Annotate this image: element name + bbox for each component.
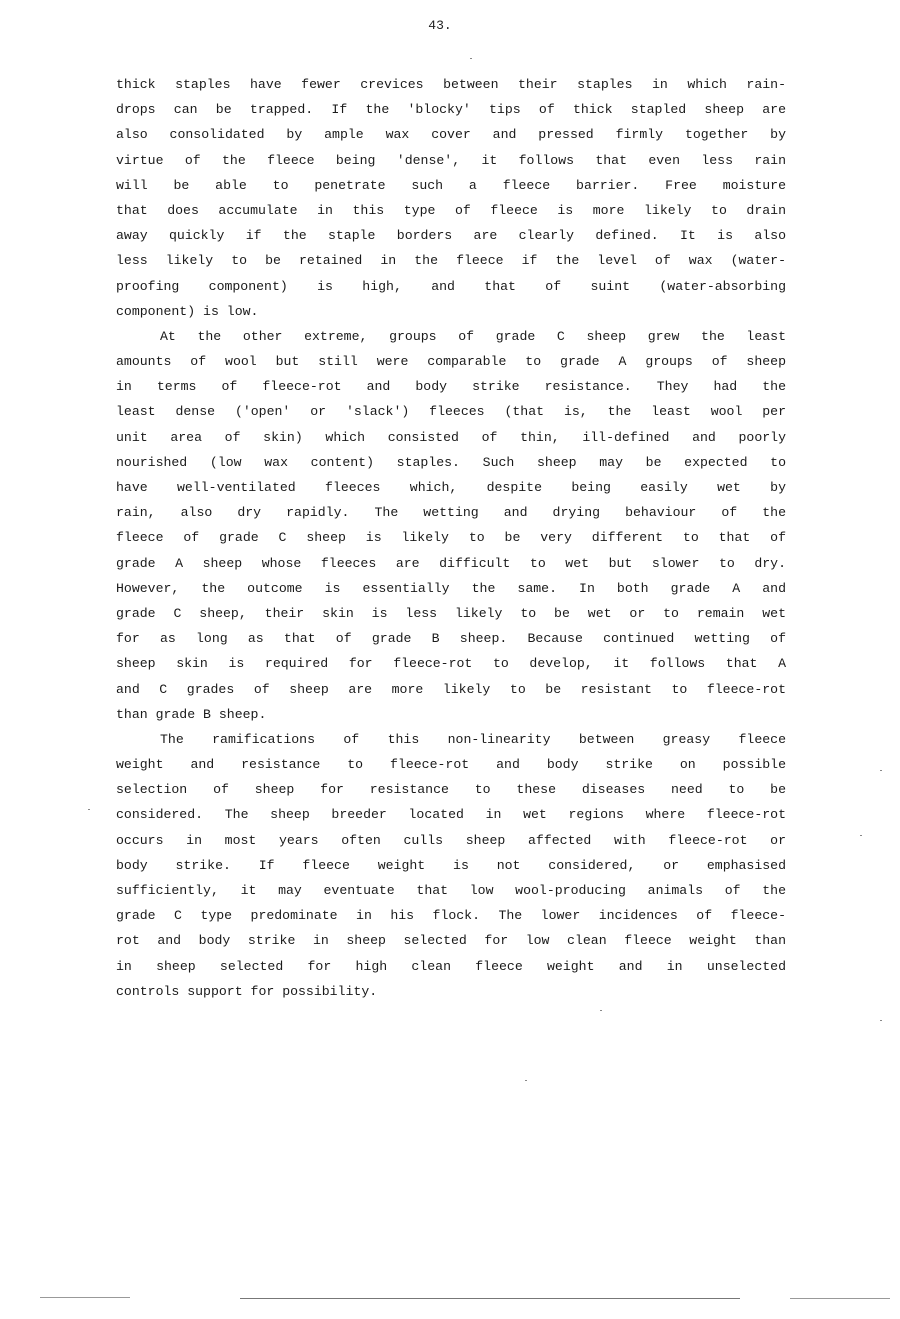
- text-line: thick staples have fewer crevices betwee…: [116, 72, 786, 97]
- text-line: The ramifications of this non-linearity …: [116, 727, 786, 752]
- text-line: grade C type predominate in his flock. T…: [116, 903, 786, 928]
- text-line: also consolidated by ample wax cover and…: [116, 122, 786, 147]
- text-line: least dense ('open' or 'slack') fleeces …: [116, 399, 786, 424]
- scan-speck: [880, 1020, 882, 1021]
- text-line: body strike. If fleece weight is not con…: [116, 853, 786, 878]
- text-line: will be able to penetrate such a fleece …: [116, 173, 786, 198]
- text-line: rain, also dry rapidly. The wetting and …: [116, 500, 786, 525]
- text-line: proofing component) is high, and that of…: [116, 274, 786, 299]
- scan-speck: [600, 1010, 602, 1011]
- scan-speck: [880, 770, 882, 771]
- text-line: that does accumulate in this type of fle…: [116, 198, 786, 223]
- text-line: amounts of wool but still were comparabl…: [116, 349, 786, 374]
- text-line: drops can be trapped. If the 'blocky' ti…: [116, 97, 786, 122]
- bottom-scan-rule-right: [790, 1298, 890, 1299]
- text-line: grade A sheep whose fleeces are difficul…: [116, 551, 786, 576]
- page-number: 43.: [0, 18, 880, 33]
- paragraph: thick staples have fewer crevices betwee…: [116, 72, 786, 324]
- text-line: controls support for possibility.: [116, 979, 786, 1004]
- scan-speck: [470, 58, 472, 59]
- text-line: At the other extreme, groups of grade C …: [116, 324, 786, 349]
- text-line: weight and resistance to fleece-rot and …: [116, 752, 786, 777]
- text-line: virtue of the fleece being 'dense', it f…: [116, 148, 786, 173]
- text-line: grade C sheep, their skin is less likely…: [116, 601, 786, 626]
- text-line: selection of sheep for resistance to the…: [116, 777, 786, 802]
- text-line: occurs in most years often culls sheep a…: [116, 828, 786, 853]
- text-line: unit area of skin) which consisted of th…: [116, 425, 786, 450]
- body-text: thick staples have fewer crevices betwee…: [116, 72, 786, 1004]
- text-line: sufficiently, it may eventuate that low …: [116, 878, 786, 903]
- text-line: However, the outcome is essentially the …: [116, 576, 786, 601]
- text-line: considered. The sheep breeder located in…: [116, 802, 786, 827]
- text-line: in sheep selected for high clean fleece …: [116, 954, 786, 979]
- text-line: than grade B sheep.: [116, 702, 786, 727]
- text-line: away quickly if the staple borders are c…: [116, 223, 786, 248]
- paragraph: At the other extreme, groups of grade C …: [116, 324, 786, 727]
- scan-speck: [860, 835, 862, 836]
- text-line: fleece of grade C sheep is likely to be …: [116, 525, 786, 550]
- scan-speck: [525, 1080, 527, 1081]
- scan-speck: [88, 809, 90, 810]
- text-line: in terms of fleece-rot and body strike r…: [116, 374, 786, 399]
- text-line: less likely to be retained in the fleece…: [116, 248, 786, 273]
- text-line: for as long as that of grade B sheep. Be…: [116, 626, 786, 651]
- paragraph: The ramifications of this non-linearity …: [116, 727, 786, 1004]
- bottom-scan-rule-left: [40, 1297, 130, 1298]
- text-line: nourished (low wax content) staples. Suc…: [116, 450, 786, 475]
- text-line: rot and body strike in sheep selected fo…: [116, 928, 786, 953]
- text-line: have well-ventilated fleeces which, desp…: [116, 475, 786, 500]
- bottom-scan-rule-main: [240, 1298, 740, 1299]
- text-line: and C grades of sheep are more likely to…: [116, 677, 786, 702]
- text-line: component) is low.: [116, 299, 786, 324]
- text-line: sheep skin is required for fleece-rot to…: [116, 651, 786, 676]
